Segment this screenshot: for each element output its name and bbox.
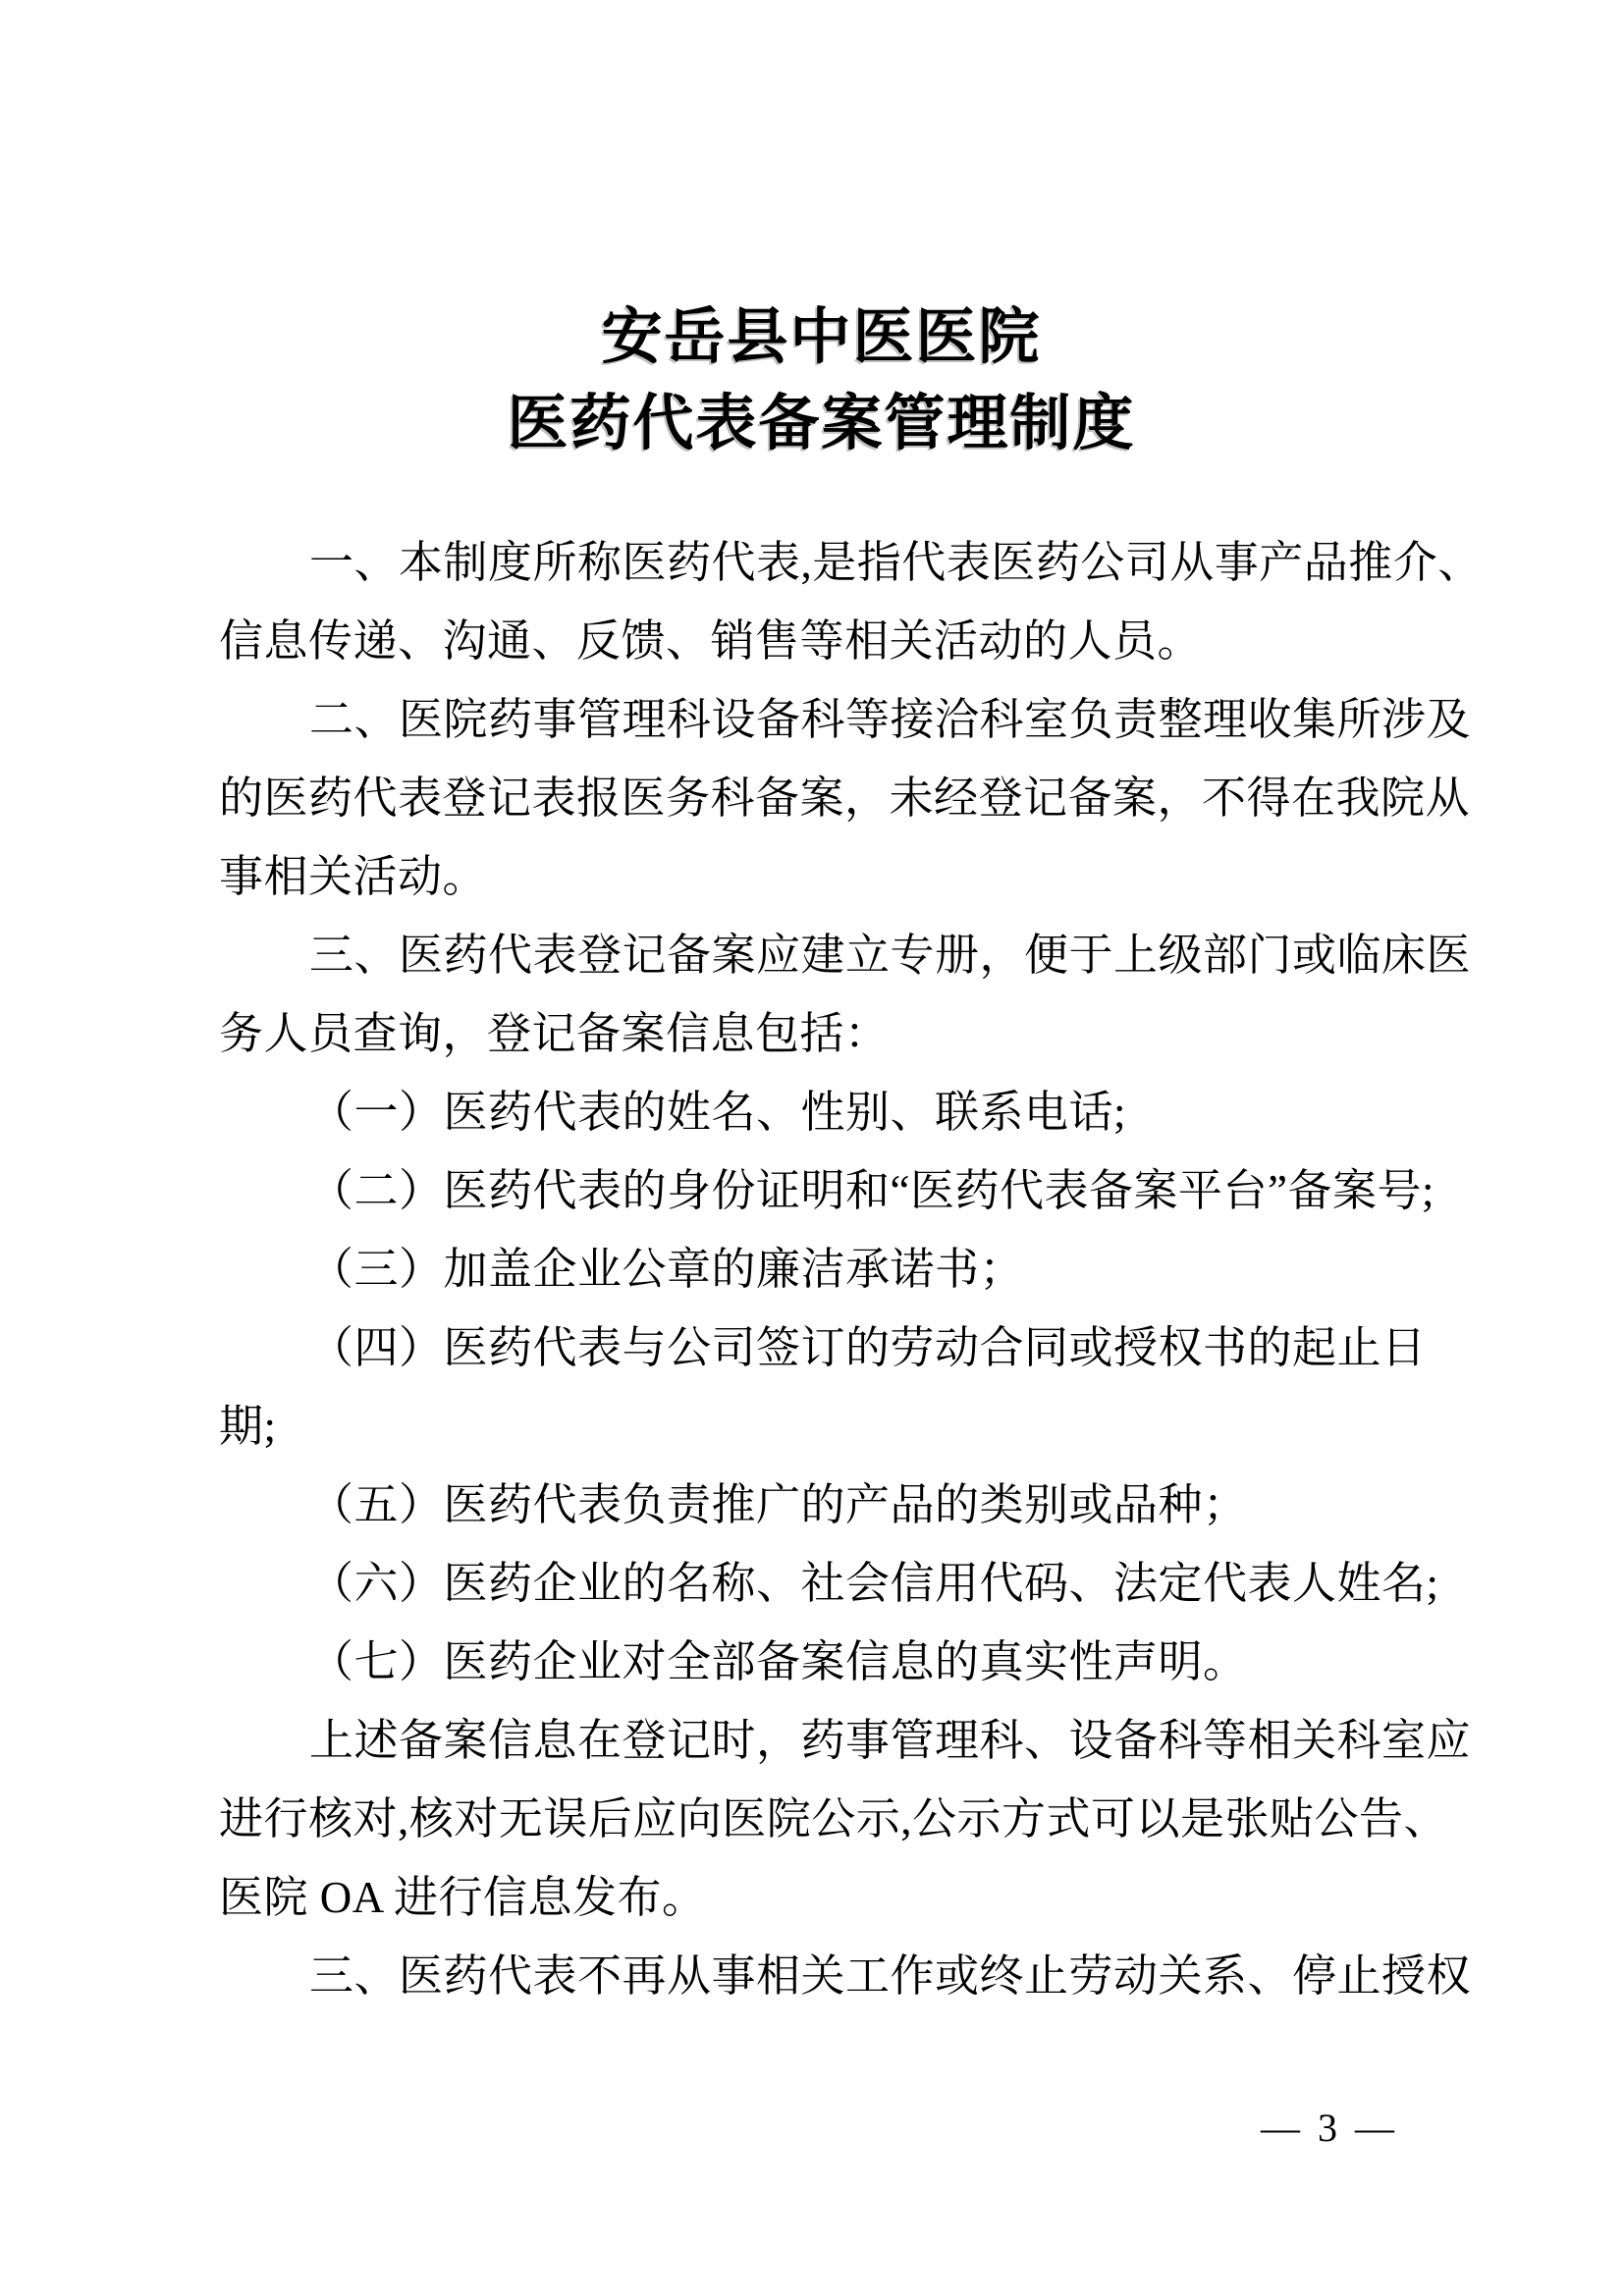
body-line-1: 一、本制度所称医药代表,是指代表医药公司从事产品推介、 [219, 523, 1434, 602]
body-line-11: （四）医药代表与公司签订的劳动合同或授权书的起止日 [219, 1308, 1434, 1387]
body-line-19: 三、医药代表不再从事相关工作或终止劳动关系、停止授权 [219, 1937, 1434, 2015]
document-title-line-2: 医药代表备案管理制度 [209, 381, 1434, 467]
document-page: 安岳县中医医院 医药代表备案管理制度 一、本制度所称医药代表,是指代表医药公司从… [0, 0, 1624, 2296]
body-line-3: 二、医院药事管理科设备科等接洽科室负责整理收集所涉及 [219, 680, 1434, 759]
body-line-17: 进行核对,核对无误后应向医院公示,公示方式可以是张贴公告、 [219, 1780, 1434, 1858]
body-line-12: 期; [219, 1387, 1434, 1466]
body-line-4: 的医药代表登记表报医务科备案，未经登记备案，不得在我院从 [219, 759, 1434, 837]
body-line-10: （三）加盖企业公章的廉洁承诺书； [219, 1230, 1434, 1308]
body-line-2: 信息传递、沟通、反馈、销售等相关活动的人员。 [219, 602, 1434, 680]
page-footer: — 3 — [0, 2103, 1398, 2154]
body-line-15: （七）医药企业对全部备案信息的真实性声明。 [219, 1623, 1434, 1701]
document-title: 安岳县中医医院 医药代表备案管理制度 [209, 294, 1434, 467]
body-line-5: 事相关活动。 [219, 837, 1434, 916]
body-line-8: （一）医药代表的姓名、性别、联系电话; [219, 1073, 1434, 1151]
body-line-6: 三、医药代表登记备案应建立专册，便于上级部门或临床医 [219, 916, 1434, 994]
body-line-16: 上述备案信息在登记时，药事管理科、设备科等相关科室应 [219, 1701, 1434, 1780]
document-title-line-1: 安岳县中医医院 [209, 294, 1434, 381]
page-number: — 3 — [1261, 2106, 1398, 2150]
body-line-7: 务人员查询，登记备案信息包括： [219, 994, 1434, 1073]
body-line-13: （五）医药代表负责推广的产品的类别或品种； [219, 1466, 1434, 1544]
body-line-14: （六）医药企业的名称、社会信用代码、法定代表人姓名; [219, 1544, 1434, 1623]
body-line-9: （二）医药代表的身份证明和“医药代表备案平台”备案号; [219, 1151, 1434, 1230]
document-body: 一、本制度所称医药代表,是指代表医药公司从事产品推介、 信息传递、沟通、反馈、销… [219, 523, 1434, 2015]
body-line-18: 医院 OA 进行信息发布。 [219, 1858, 1434, 1937]
